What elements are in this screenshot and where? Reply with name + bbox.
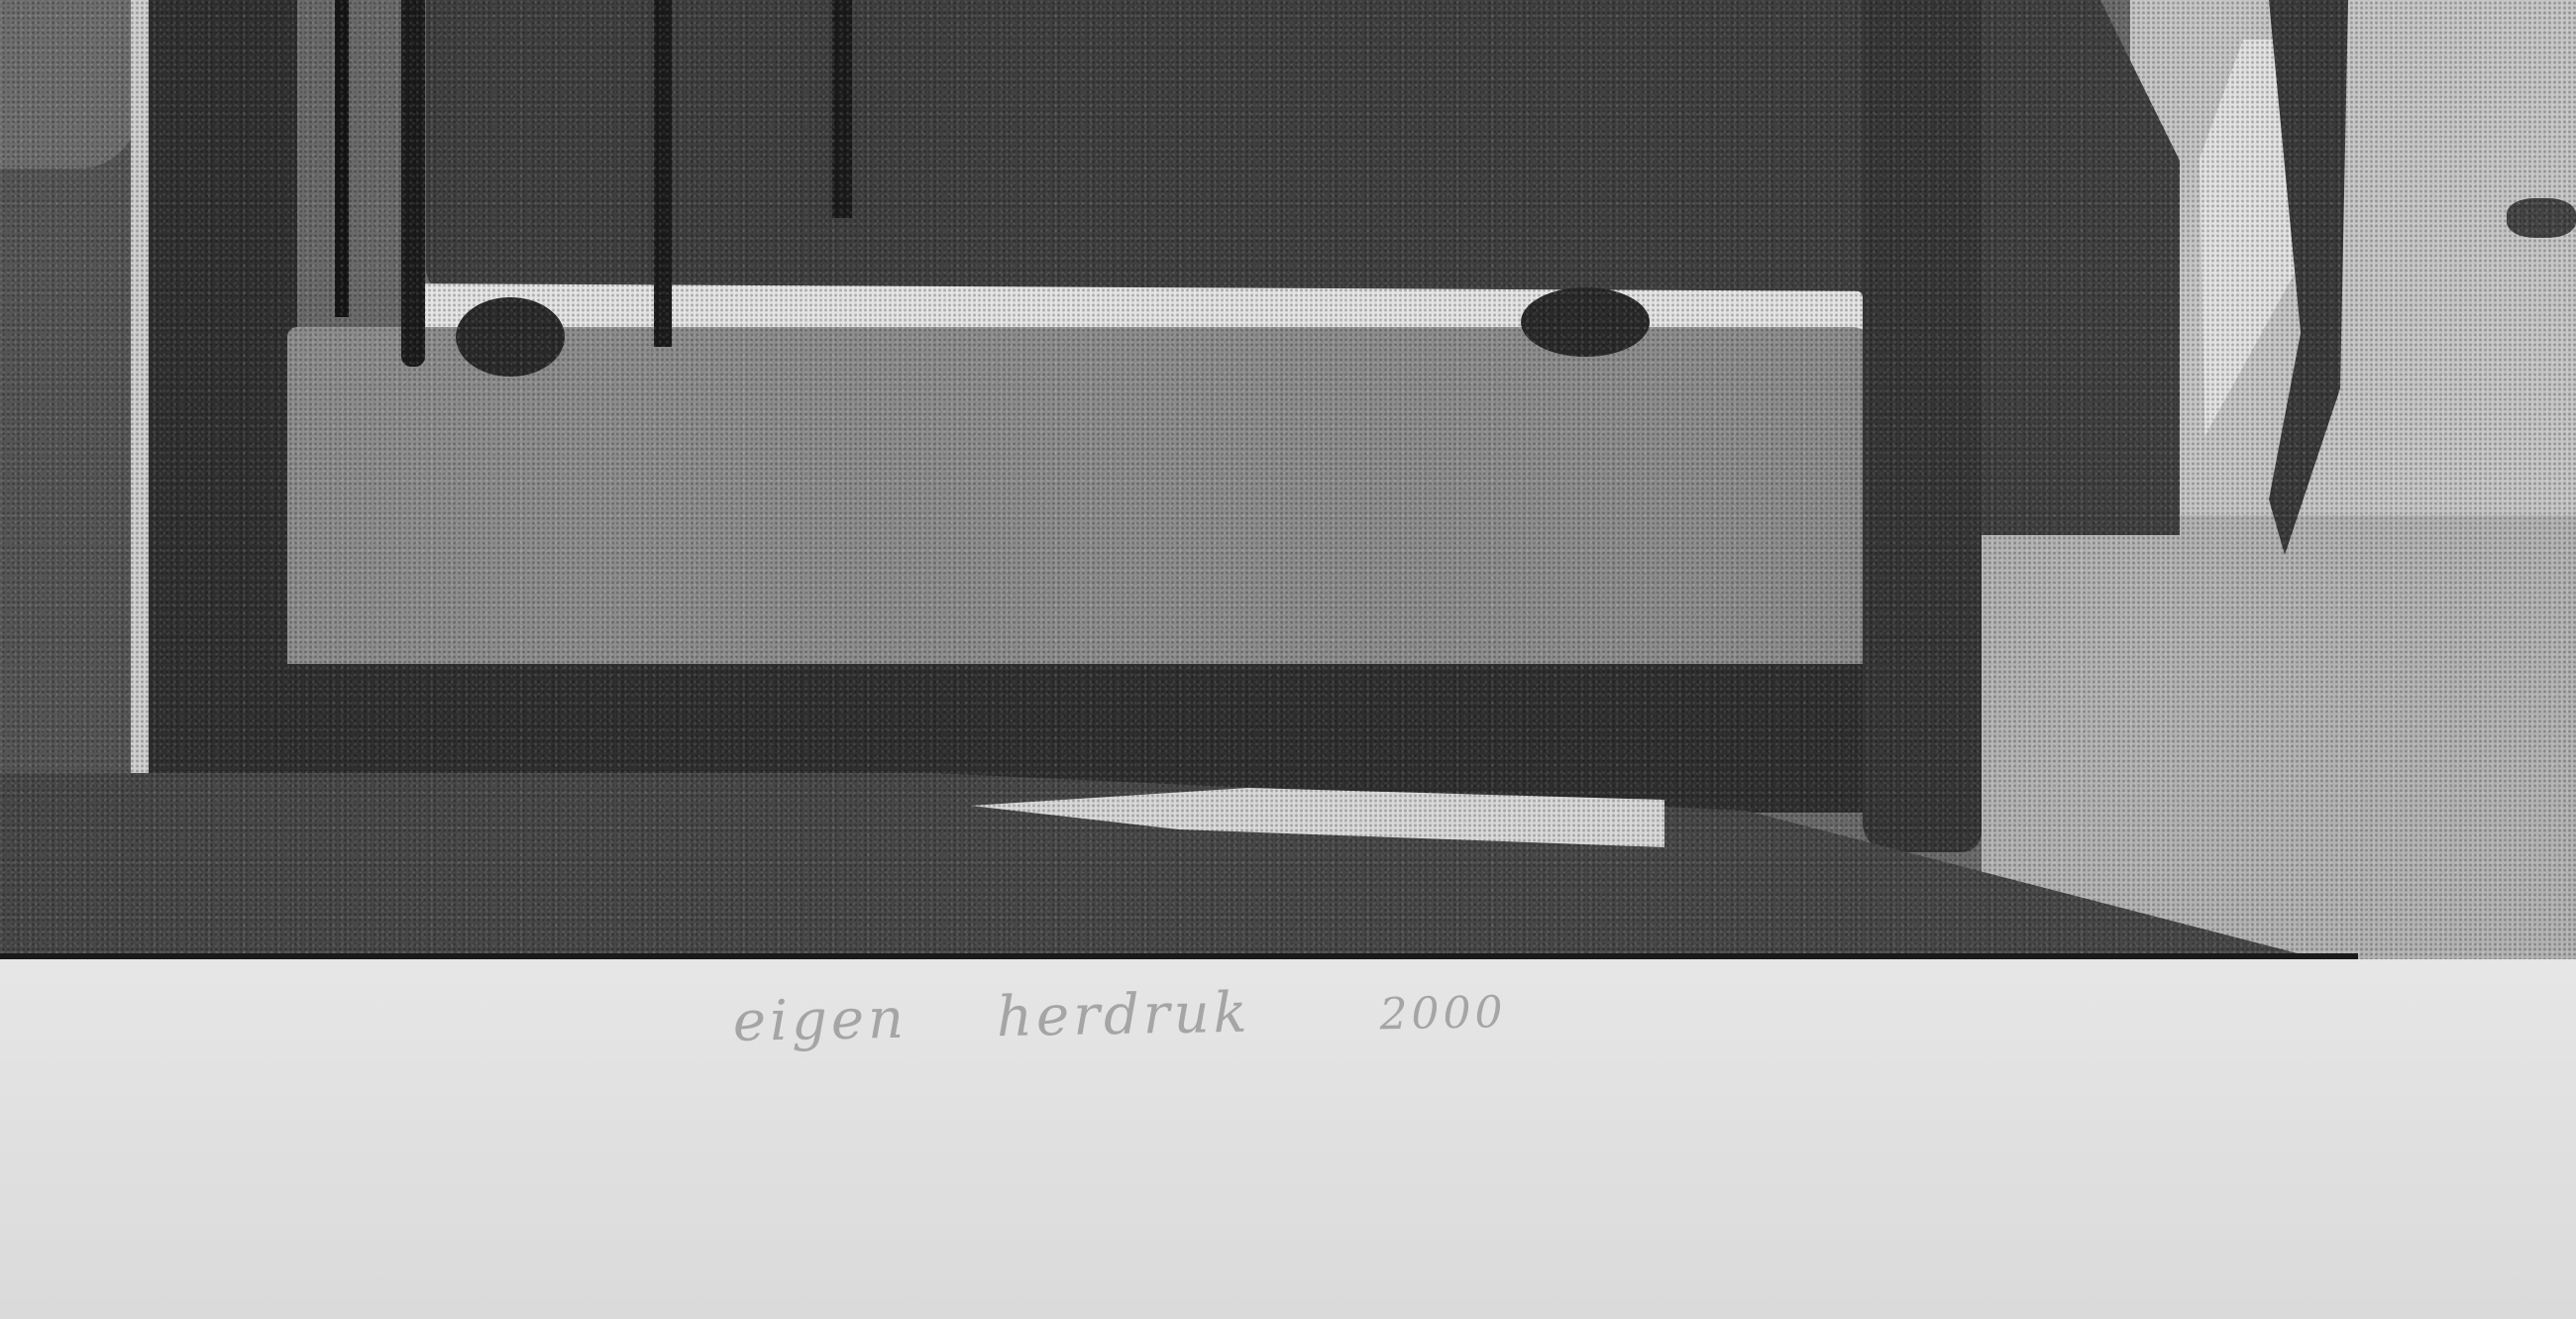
pale-vertical-line xyxy=(131,0,151,813)
inscription-word: herdruk xyxy=(996,981,1251,1049)
thin-vertical-bar xyxy=(832,0,852,218)
right-pillar xyxy=(1863,0,1982,852)
ink-blob xyxy=(1521,287,1650,357)
thin-vertical-bar xyxy=(401,0,425,367)
right-light-area xyxy=(2130,0,2576,535)
thin-vertical-bar xyxy=(335,0,349,317)
ink-blob xyxy=(456,297,565,377)
grey-rectangle xyxy=(287,327,1873,684)
printed-plate xyxy=(0,0,2576,959)
inscription-word: eigen xyxy=(732,987,908,1054)
right-grey-area xyxy=(1982,515,2576,959)
thin-vertical-bar xyxy=(654,0,672,347)
pencil-inscription: eigen herdruk 2000 xyxy=(732,972,1724,1078)
small-ink-mark xyxy=(2507,198,2576,238)
left-column-blob xyxy=(0,0,139,168)
inscription-year: 2000 xyxy=(1379,987,1507,1040)
artwork-photo: eigen herdruk 2000 xyxy=(0,0,2576,1319)
